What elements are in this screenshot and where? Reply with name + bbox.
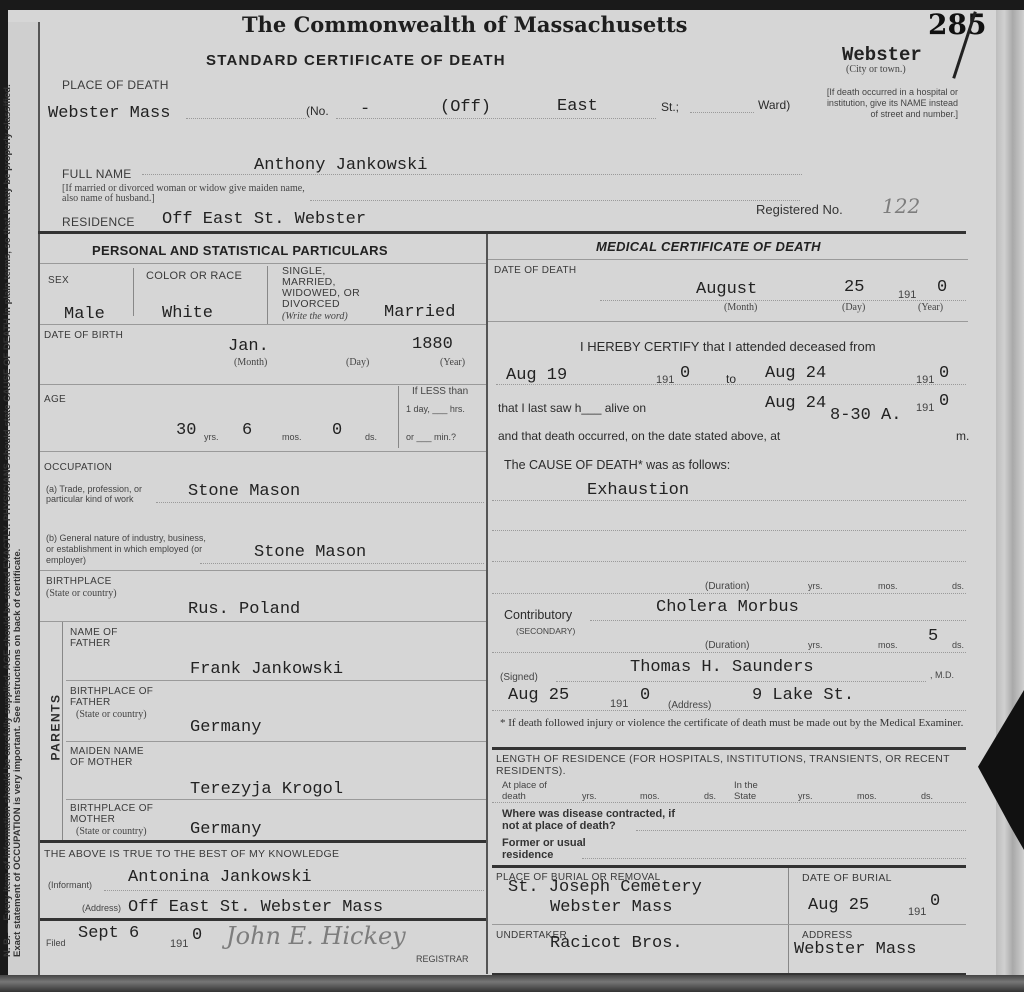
signed-label: (Signed): [500, 672, 538, 683]
physician-address-value: 9 Lake St.: [752, 686, 854, 705]
dob-month: Jan.: [228, 337, 269, 356]
informant-value: Antonina Jankowski: [128, 868, 312, 887]
day-hrs-label: 1 day, ___ hrs.: [406, 404, 465, 414]
last-saw-text: that I last saw h___ alive on: [498, 401, 646, 415]
occupation-label: OCCUPATION: [44, 462, 112, 473]
contributory-duration-label: (Duration): [705, 640, 749, 651]
registrar-signature: John E. Hickey: [226, 922, 406, 950]
occupation-b-label: (b) General nature of industry, business…: [46, 533, 206, 566]
dod-day: 25: [844, 278, 864, 297]
birthplace-label: BIRTHPLACE: [46, 576, 112, 587]
dod-month: August: [696, 280, 757, 299]
dob-month-label: (Month): [234, 357, 267, 368]
registered-label: Registered No.: [756, 202, 843, 217]
in-state-label: In the State: [734, 780, 774, 802]
contracted-label: Where was disease contracted, if not at …: [502, 808, 682, 832]
filed-year-suffix: 0: [192, 926, 202, 945]
residence-value: Off East St. Webster: [162, 210, 366, 229]
occupation-a-value: Stone Mason: [188, 482, 300, 501]
side-note: N. B. — Every item of information should…: [3, 57, 33, 957]
marital-value: Married: [384, 303, 455, 322]
ward-label: Ward): [758, 98, 790, 112]
place-of-death-label: PLACE OF DEATH: [62, 78, 169, 92]
undertaker-address-value: Webster Mass: [794, 940, 916, 959]
father-birthplace-label: BIRTHPLACE OF FATHER: [70, 686, 160, 708]
parents-label: PARENTS: [48, 694, 62, 761]
age-label: AGE: [44, 394, 66, 405]
age-mos-label: mos.: [282, 432, 302, 442]
age-months: 6: [242, 421, 252, 440]
undertaker-value: Racicot Bros.: [550, 934, 683, 953]
contributory-value: Cholera Morbus: [656, 598, 799, 617]
dod-month-label: (Month): [724, 302, 757, 313]
st-label: St.;: [661, 100, 679, 114]
last-saw-year-suffix: 0: [939, 392, 949, 411]
certify-text: I HEREBY CERTIFY that I attended decease…: [580, 339, 876, 354]
street-value: East: [557, 97, 598, 116]
age-ds-label: ds.: [365, 432, 377, 442]
book-binding-edge: [996, 10, 1024, 992]
place-of-death-value: Webster Mass: [48, 104, 170, 123]
at-place-label: At place of death: [502, 780, 552, 802]
filed-label: Filed: [46, 938, 66, 948]
registered-number: 122: [882, 194, 920, 218]
medical-heading: MEDICAL CERTIFICATE OF DEATH: [596, 239, 821, 254]
injury-note: * If death followed injury or violence t…: [500, 717, 970, 729]
informant-label: (Informant): [48, 880, 92, 890]
at-place-yrs-label: yrs.: [582, 791, 597, 801]
signed-year-suffix: 0: [640, 686, 650, 705]
dob-day-label: (Day): [346, 357, 369, 368]
father-birthplace-sub: (State or country): [76, 709, 147, 720]
time-of-death: 8-30 A.: [830, 406, 901, 425]
cause-value: Exhaustion: [587, 481, 689, 500]
side-note-strip: N. B. — Every item of information should…: [8, 22, 40, 980]
cause-ds-label: ds.: [952, 581, 964, 591]
dob-year-label: (Year): [440, 357, 465, 368]
full-name-label: FULL NAME: [62, 167, 132, 181]
dob-label: DATE OF BIRTH: [44, 330, 123, 341]
city-label: (City or town.): [846, 64, 906, 75]
contributory-label: Contributory: [504, 608, 572, 622]
burial-date-label: DATE OF BURIAL: [802, 872, 892, 884]
at-place-mos-label: mos.: [640, 791, 660, 801]
secondary-label: (SECONDARY): [516, 626, 575, 636]
contributory-duration-days: 5: [928, 627, 938, 646]
filed-year-prefix: 191: [170, 938, 188, 950]
personal-heading: PERSONAL AND STATISTICAL PARTICULARS: [92, 243, 388, 258]
no-label: (No.: [306, 104, 329, 118]
father-birthplace-value: Germany: [190, 718, 261, 737]
age-years: 30: [176, 421, 196, 440]
burial-date-value: Aug 25: [808, 896, 869, 915]
age-yrs-label: yrs.: [204, 432, 219, 442]
burial-place-line1: St. Joseph Cemetery: [508, 878, 702, 897]
cause-duration-label: (Duration): [705, 581, 749, 592]
from-year-suffix: 0: [680, 364, 690, 383]
off-value: (Off): [440, 98, 491, 117]
less-than-label: If LESS than: [412, 386, 468, 397]
no-value: -: [360, 100, 370, 119]
scan-bottom-edge: [0, 975, 1024, 992]
mother-name-value: Terezyja Krogol: [190, 780, 343, 799]
attended-to: Aug 24: [765, 364, 826, 383]
informant-heading: THE ABOVE IS TRUE TO THE BEST OF MY KNOW…: [44, 848, 339, 860]
registrar-label: REGISTRAR: [416, 954, 469, 964]
to-year-suffix: 0: [939, 364, 949, 383]
md-label: , M.D.: [930, 670, 954, 680]
hospital-note: [If death occurred in a hospital or inst…: [818, 87, 958, 120]
informant-address-label: (Address): [82, 903, 121, 913]
sex-label: SEX: [48, 275, 69, 286]
burial-place-line2: Webster Mass: [550, 898, 672, 917]
contributory-yrs-label: yrs.: [808, 640, 823, 650]
city-value: Webster: [842, 44, 922, 66]
last-saw-value: Aug 24: [765, 394, 826, 413]
occupation-a-label: (a) Trade, profession, or particular kin…: [46, 484, 166, 504]
burial-year-prefix: 191: [908, 906, 926, 918]
m-label: m.: [956, 429, 969, 443]
residence-length-heading: LENGTH OF RESIDENCE (FOR HOSPITALS, INST…: [496, 753, 968, 777]
in-state-yrs-label: yrs.: [798, 791, 813, 801]
dod-label: DATE OF DEATH: [494, 265, 576, 276]
page-number: 285: [928, 8, 986, 41]
at-place-ds-label: ds.: [704, 791, 716, 801]
mother-name-label: MAIDEN NAME OF MOTHER: [70, 746, 160, 768]
last-saw-year-prefix: 191: [916, 402, 934, 414]
burial-year-suffix: 0: [930, 892, 940, 911]
race-value: White: [162, 304, 213, 323]
birthplace-sub: (State or country): [46, 588, 117, 599]
contributory-mos-label: mos.: [878, 640, 898, 650]
dod-year-label: (Year): [918, 302, 943, 313]
mother-birthplace-sub: (State or country): [76, 826, 147, 837]
informant-address-value: Off East St. Webster Mass: [128, 898, 383, 917]
death-occurred-text: and that death occurred, on the date sta…: [498, 429, 780, 443]
certificate-title: STANDARD CERTIFICATE OF DEATH: [206, 52, 506, 69]
dob-year: 1880: [412, 335, 453, 354]
father-name-value: Frank Jankowski: [190, 660, 343, 679]
cause-mos-label: mos.: [878, 581, 898, 591]
filed-value: Sept 6: [78, 924, 139, 943]
former-residence-label: Former or usual residence: [502, 837, 592, 861]
sex-value: Male: [64, 305, 105, 324]
signed-year-prefix: 191: [610, 698, 628, 710]
in-state-ds-label: ds.: [921, 791, 933, 801]
attended-from: Aug 19: [506, 366, 567, 385]
race-label: COLOR OR RACE: [146, 270, 242, 282]
cause-label: The CAUSE OF DEATH* was as follows:: [504, 458, 730, 472]
residence-label: RESIDENCE: [62, 215, 135, 229]
full-name-value: Anthony Jankowski: [254, 156, 427, 175]
father-name-label: NAME OF FATHER: [70, 627, 150, 649]
cause-yrs-label: yrs.: [808, 581, 823, 591]
maiden-name-note: [If married or divorced woman or widow g…: [62, 184, 312, 204]
mother-birthplace-label: BIRTHPLACE OF MOTHER: [70, 803, 160, 825]
occupation-b-value: Stone Mason: [254, 543, 366, 562]
contributory-ds-label: ds.: [952, 640, 964, 650]
signed-date: Aug 25: [508, 686, 569, 705]
commonwealth-title: The Commonwealth of Massachusetts: [242, 12, 688, 37]
marital-label: SINGLE, MARRIED, WIDOWED, OR DIVORCED: [282, 266, 374, 310]
mother-birthplace-value: Germany: [190, 820, 261, 839]
marital-hint: (Write the word): [282, 311, 348, 322]
dod-year-suffix: 0: [937, 278, 947, 297]
in-state-mos-label: mos.: [857, 791, 877, 801]
age-days: 0: [332, 421, 342, 440]
physician-name: Thomas H. Saunders: [630, 658, 814, 677]
dod-day-label: (Day): [842, 302, 865, 313]
or-min-label: or ___ min.?: [406, 432, 456, 442]
birthplace-value: Rus. Poland: [188, 600, 300, 619]
